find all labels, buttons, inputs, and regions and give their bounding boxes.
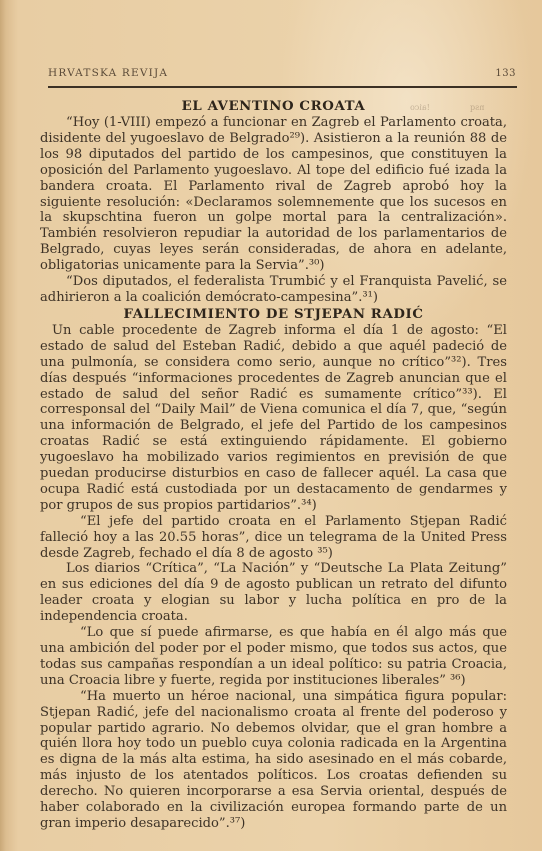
article-body: EL AVENTINO CROATA “Hoy (1-VIII) empezó … <box>40 98 507 832</box>
paragraph: Los diarios “Crítica”, “La Nación” y “De… <box>40 561 507 625</box>
paragraph: “Lo que sí puede afirmarse, es que había… <box>40 625 507 689</box>
section-heading-fallecimiento: FALLECIMIENTO DE STJEPAN RADIĆ <box>40 306 507 323</box>
paragraph: “Hoy (1-VIII) empezó a funcionar en Zagr… <box>40 115 507 274</box>
page-number: 133 <box>495 68 516 79</box>
paragraph: “Dos diputados, el federalista Trumbić y… <box>40 274 507 306</box>
section-heading-aventino: EL AVENTINO CROATA <box>40 98 507 115</box>
header-rule <box>48 86 517 88</box>
scanned-page: HRVATSKA REVIJA 133 !aico nsq EL AVENTIN… <box>0 0 542 851</box>
running-header: HRVATSKA REVIJA 133 <box>48 67 516 79</box>
journal-title: HRVATSKA REVIJA <box>48 67 168 79</box>
paragraph: Un cable procedente de Zagreb informa el… <box>40 323 507 514</box>
paragraph: “El jefe del partido croata en el Parlam… <box>40 514 507 562</box>
paragraph: “Ha muerto un héroe nacional, una simpát… <box>40 689 507 832</box>
